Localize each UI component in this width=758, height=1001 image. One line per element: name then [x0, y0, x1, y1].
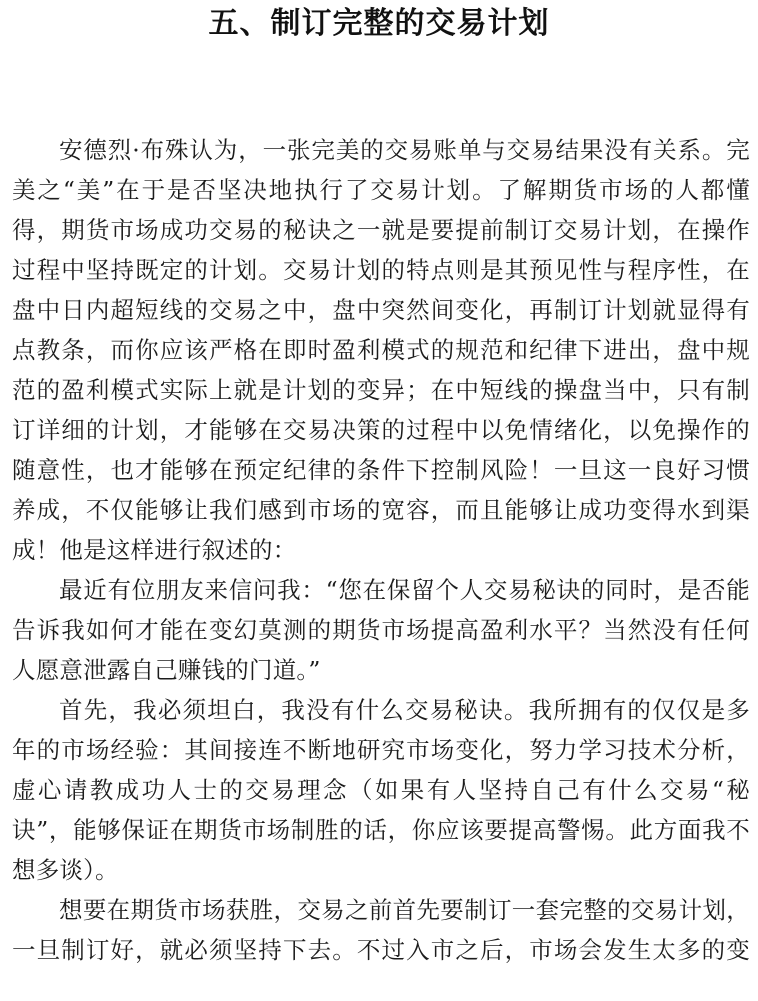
text-line: 养成，不仅能够让我们感到市场的宽容，而且能够让成功变得水到渠	[12, 490, 750, 530]
text-line: 一旦制订好，就必须坚持下去。不过入市之后，市场会发生太多的变	[12, 930, 750, 970]
text-line: 想要在期货市场获胜，交易之前首先要制订一套完整的交易计划，	[12, 890, 750, 930]
text-line: 最近有位朋友来信问我：“您在保留个人交易秘诀的同时，是否能	[12, 570, 750, 610]
text-line: 告诉我如何才能在变幻莫测的期货市场提高盈利水平？当然没有任何	[12, 610, 750, 650]
text-line: 范的盈利模式实际上就是计划的变异；在中短线的操盘当中，只有制	[12, 370, 750, 410]
text-line: 得，期货市场成功交易的秘诀之一就是要提前制订交易计划，在操作	[12, 210, 750, 250]
paragraph-4: 想要在期货市场获胜，交易之前首先要制订一套完整的交易计划， 一旦制订好，就必须坚…	[12, 890, 750, 970]
text-line: 虚心请教成功人士的交易理念（如果有人坚持自己有什么交易“秘	[12, 770, 750, 810]
document-page: 五、制订完整的交易计划 安德烈·布殊认为，一张完美的交易账单与交易结果没有关系。…	[0, 0, 758, 1001]
text-line: 成！他是这样进行叙述的：	[12, 530, 750, 570]
text-line: 安德烈·布殊认为，一张完美的交易账单与交易结果没有关系。完	[12, 130, 750, 170]
text-line: 过程中坚持既定的计划。交易计划的特点则是其预见性与程序性，在	[12, 250, 750, 290]
paragraph-3: 首先，我必须坦白，我没有什么交易秘诀。我所拥有的仅仅是多 年的市场经验：其间接连…	[12, 690, 750, 890]
text-line: 首先，我必须坦白，我没有什么交易秘诀。我所拥有的仅仅是多	[12, 690, 750, 730]
text-line: 订详细的计划，才能够在交易决策的过程中以免情绪化，以免操作的	[12, 410, 750, 450]
text-line: 年的市场经验：其间接连不断地研究市场变化，努力学习技术分析，	[12, 730, 750, 770]
text-line: 盘中日内超短线的交易之中，盘中突然间变化，再制订计划就显得有	[12, 290, 750, 330]
body-text: 安德烈·布殊认为，一张完美的交易账单与交易结果没有关系。完 美之“美”在于是否坚…	[12, 130, 750, 970]
section-title: 五、制订完整的交易计划	[0, 4, 758, 44]
paragraph-2: 最近有位朋友来信问我：“您在保留个人交易秘诀的同时，是否能 告诉我如何才能在变幻…	[12, 570, 750, 690]
paragraph-1: 安德烈·布殊认为，一张完美的交易账单与交易结果没有关系。完 美之“美”在于是否坚…	[12, 130, 750, 570]
text-line: 人愿意泄露自己赚钱的门道。”	[12, 650, 750, 690]
text-line: 想多谈）。	[12, 850, 750, 890]
text-line: 美之“美”在于是否坚决地执行了交易计划。了解期货市场的人都懂	[12, 170, 750, 210]
text-line: 诀”，能够保证在期货市场制胜的话，你应该要提高警惕。此方面我不	[12, 810, 750, 850]
text-line: 点教条，而你应该严格在即时盈利模式的规范和纪律下进出，盘中规	[12, 330, 750, 370]
text-line: 随意性，也才能够在预定纪律的条件下控制风险！一旦这一良好习惯	[12, 450, 750, 490]
